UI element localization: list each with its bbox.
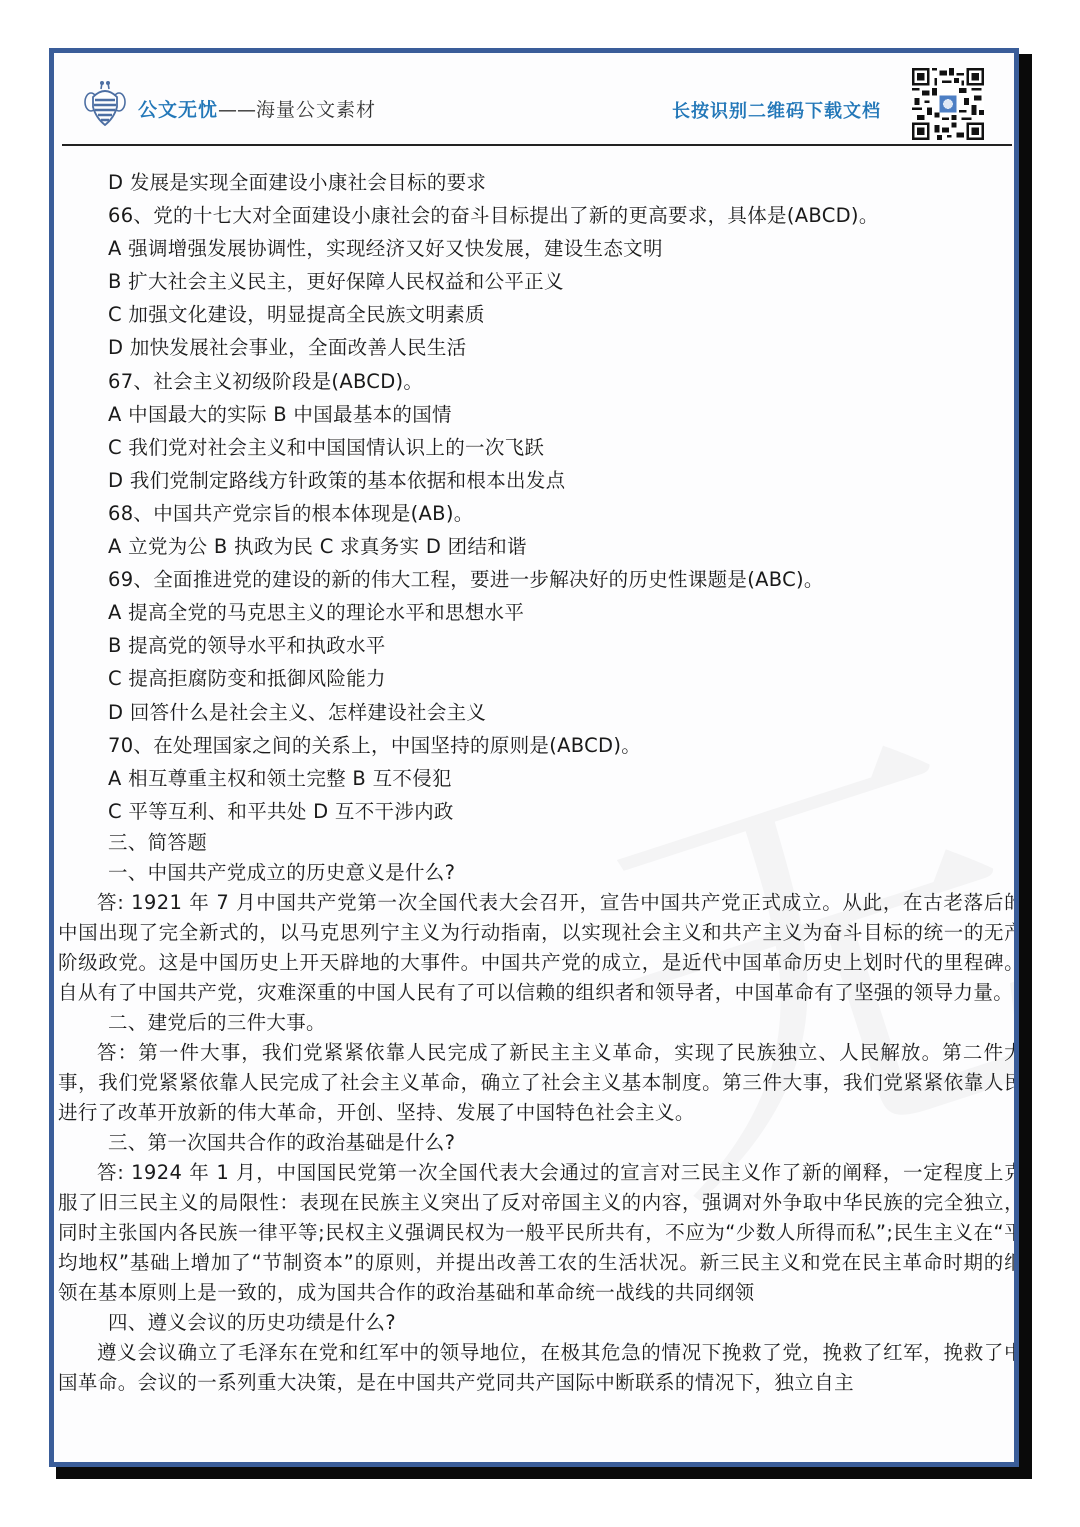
qr-code-icon[interactable] (912, 68, 984, 140)
sa-question: 四、遵义会议的历史功绩是什么? (108, 1308, 1018, 1338)
option-line: C 加强文化建设，明显提高全民族文明素质 (108, 298, 1018, 331)
question-66: 66、党的十七大对全面建设小康社会的奋斗目标提出了新的更高要求，具体是(ABCD… (108, 199, 1018, 232)
option-line: B 提高党的领导水平和执政水平 (108, 629, 1018, 662)
option-line: D 加快发展社会事业，全面改善人民生活 (108, 331, 1018, 364)
question-68: 68、中国共产党宗旨的根本体现是(AB)。 (108, 497, 1018, 530)
sa-answer: 遵义会议确立了毛泽东在党和红军中的领导地位，在极其危急的情况下挽救了党，挽救了红… (58, 1338, 1019, 1398)
sa-question: 二、建党后的三件大事。 (108, 1008, 1018, 1038)
document-page: 无忧 公文无忧——海量公文素材 长按识别二维码下载文档 (49, 48, 1019, 1467)
option-line: D 我们党制定路线方针政策的基本依据和根本出发点 (108, 464, 1018, 497)
question-67: 67、社会主义初级阶段是(ABCD)。 (108, 365, 1018, 398)
brand-subtitle: 海量公文素材 (256, 99, 376, 121)
sa-answer: 答: 1924 年 1 月，中国国民党第一次全国代表大会通过的宣言对三民主义作了… (58, 1158, 1019, 1308)
option-line: D 回答什么是社会主义、怎样建设社会主义 (108, 696, 1018, 729)
document-body: D 发展是实现全面建设小康社会目标的要求 66、党的十七大对全面建设小康社会的奋… (108, 166, 1018, 1398)
brand-dash: —— (218, 99, 256, 121)
option-line: A 立党为公 B 执政为民 C 求真务实 D 团结和谐 (108, 530, 1018, 563)
option-line: A 相互尊重主权和领土完整 B 互不侵犯 (108, 762, 1018, 795)
sa-question: 一、中国共产党成立的历史意义是什么? (108, 858, 1018, 888)
option-line: C 我们党对社会主义和中国国情认识上的一次飞跃 (108, 431, 1018, 464)
sa-answer: 答：第一件大事，我们党紧紧依靠人民完成了新民主主义革命，实现了民族独立、人民解放… (58, 1038, 1019, 1128)
option-line: C 提高拒腐防变和抵御风险能力 (108, 662, 1018, 695)
header-divider (62, 144, 1012, 146)
sa-question: 三、第一次国共合作的政治基础是什么? (108, 1128, 1018, 1158)
download-hint: 长按识别二维码下载文档 (672, 97, 881, 123)
option-line: B 扩大社会主义民主，更好保障人民权益和公平正义 (108, 265, 1018, 298)
question-69: 69、全面推进党的建设的新的伟大工程，要进一步解决好的历史性课题是(ABC)。 (108, 563, 1018, 596)
sa-answer: 答: 1921 年 7 月中国共产党第一次全国代表大会召开，宣告中国共产党正式成… (58, 888, 1019, 1008)
option-line: A 强调增强发展协调性，实现经济又好又快发展，建设生态文明 (108, 232, 1018, 265)
page-header: 公文无忧——海量公文素材 长按识别二维码下载文档 (54, 53, 1014, 145)
option-line: D 发展是实现全面建设小康社会目标的要求 (108, 166, 1018, 199)
brand-name: 公文无忧 (138, 99, 218, 121)
option-line: A 中国最大的实际 B 中国最基本的国情 (108, 398, 1018, 431)
option-line: A 提高全党的马克思主义的理论水平和思想水平 (108, 596, 1018, 629)
question-70: 70、在处理国家之间的关系上，中国坚持的原则是(ABCD)。 (108, 729, 1018, 762)
brand-title: 公文无忧——海量公文素材 (138, 95, 376, 122)
short-answer-section: 三、简答题 一、中国共产党成立的历史意义是什么? 答: 1921 年 7 月中国… (108, 828, 1018, 1398)
section-title: 三、简答题 (108, 828, 1018, 858)
option-line: C 平等互利、和平共处 D 互不干涉内政 (108, 795, 1018, 828)
bee-icon (84, 80, 126, 128)
